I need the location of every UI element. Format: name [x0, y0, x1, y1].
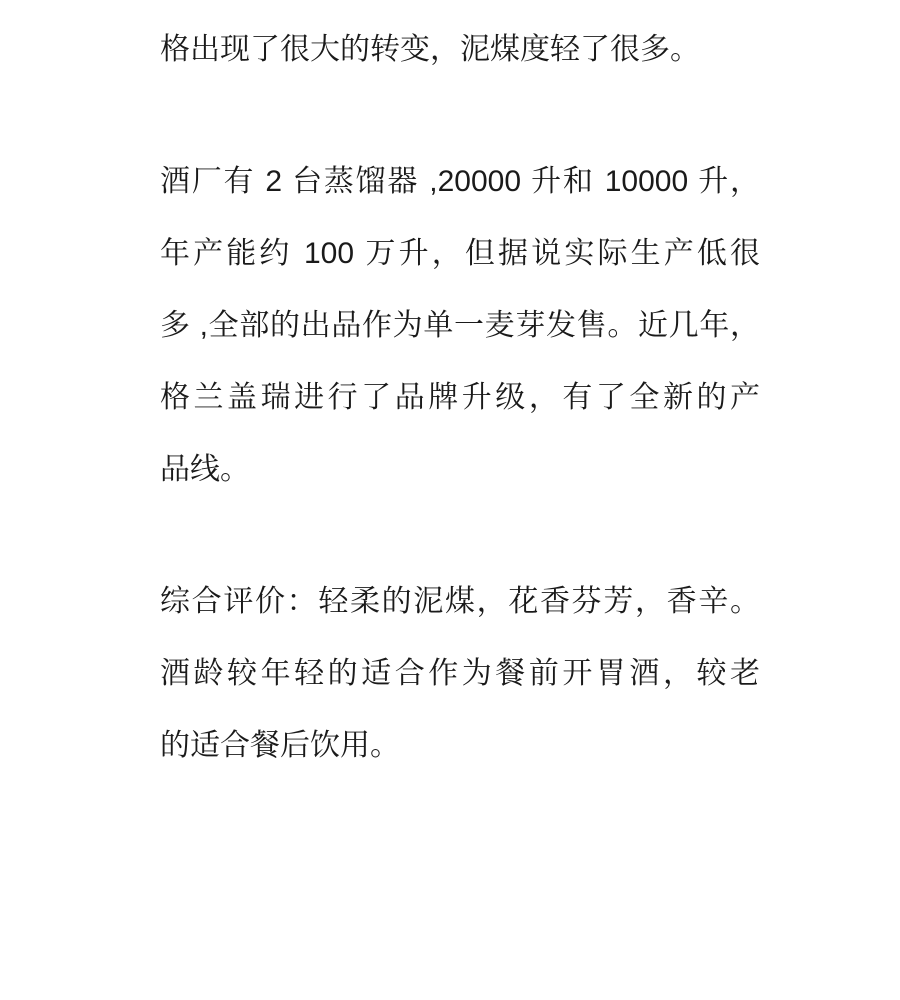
text-line: 酒厂有 2 台蒸馏器 ,20000 升和 10000 升， — [160, 146, 760, 218]
article-body: 格出现了很大的转变，泥煤度轻了很多。 酒厂有 2 台蒸馏器 ,20000 升和 … — [160, 0, 760, 842]
text-line: 年产能约 100 万升，但据说实际生产低很 — [160, 218, 760, 290]
paragraph: 酒厂有 2 台蒸馏器 ,20000 升和 10000 升， 年产能约 100 万… — [160, 146, 760, 506]
paragraph: 综合评价：轻柔的泥煤，花香芬芳，香辛。 酒龄较年轻的适合作为餐前开胃酒，较老 的… — [160, 566, 760, 782]
paragraph: 格出现了很大的转变，泥煤度轻了很多。 — [160, 14, 760, 86]
text-line: 的适合餐后饮用。 — [160, 710, 760, 782]
text-line: 酒龄较年轻的适合作为餐前开胃酒，较老 — [160, 638, 760, 710]
text-line: 多 ,全部的出品作为单一麦芽发售。近几年， — [160, 290, 760, 362]
text-line: 格出现了很大的转变，泥煤度轻了很多。 — [160, 14, 760, 86]
text-line: 综合评价：轻柔的泥煤，花香芬芳，香辛。 — [160, 566, 760, 638]
text-line: 格兰盖瑞进行了品牌升级，有了全新的产 — [160, 362, 760, 434]
text-line: 品线。 — [160, 434, 760, 506]
